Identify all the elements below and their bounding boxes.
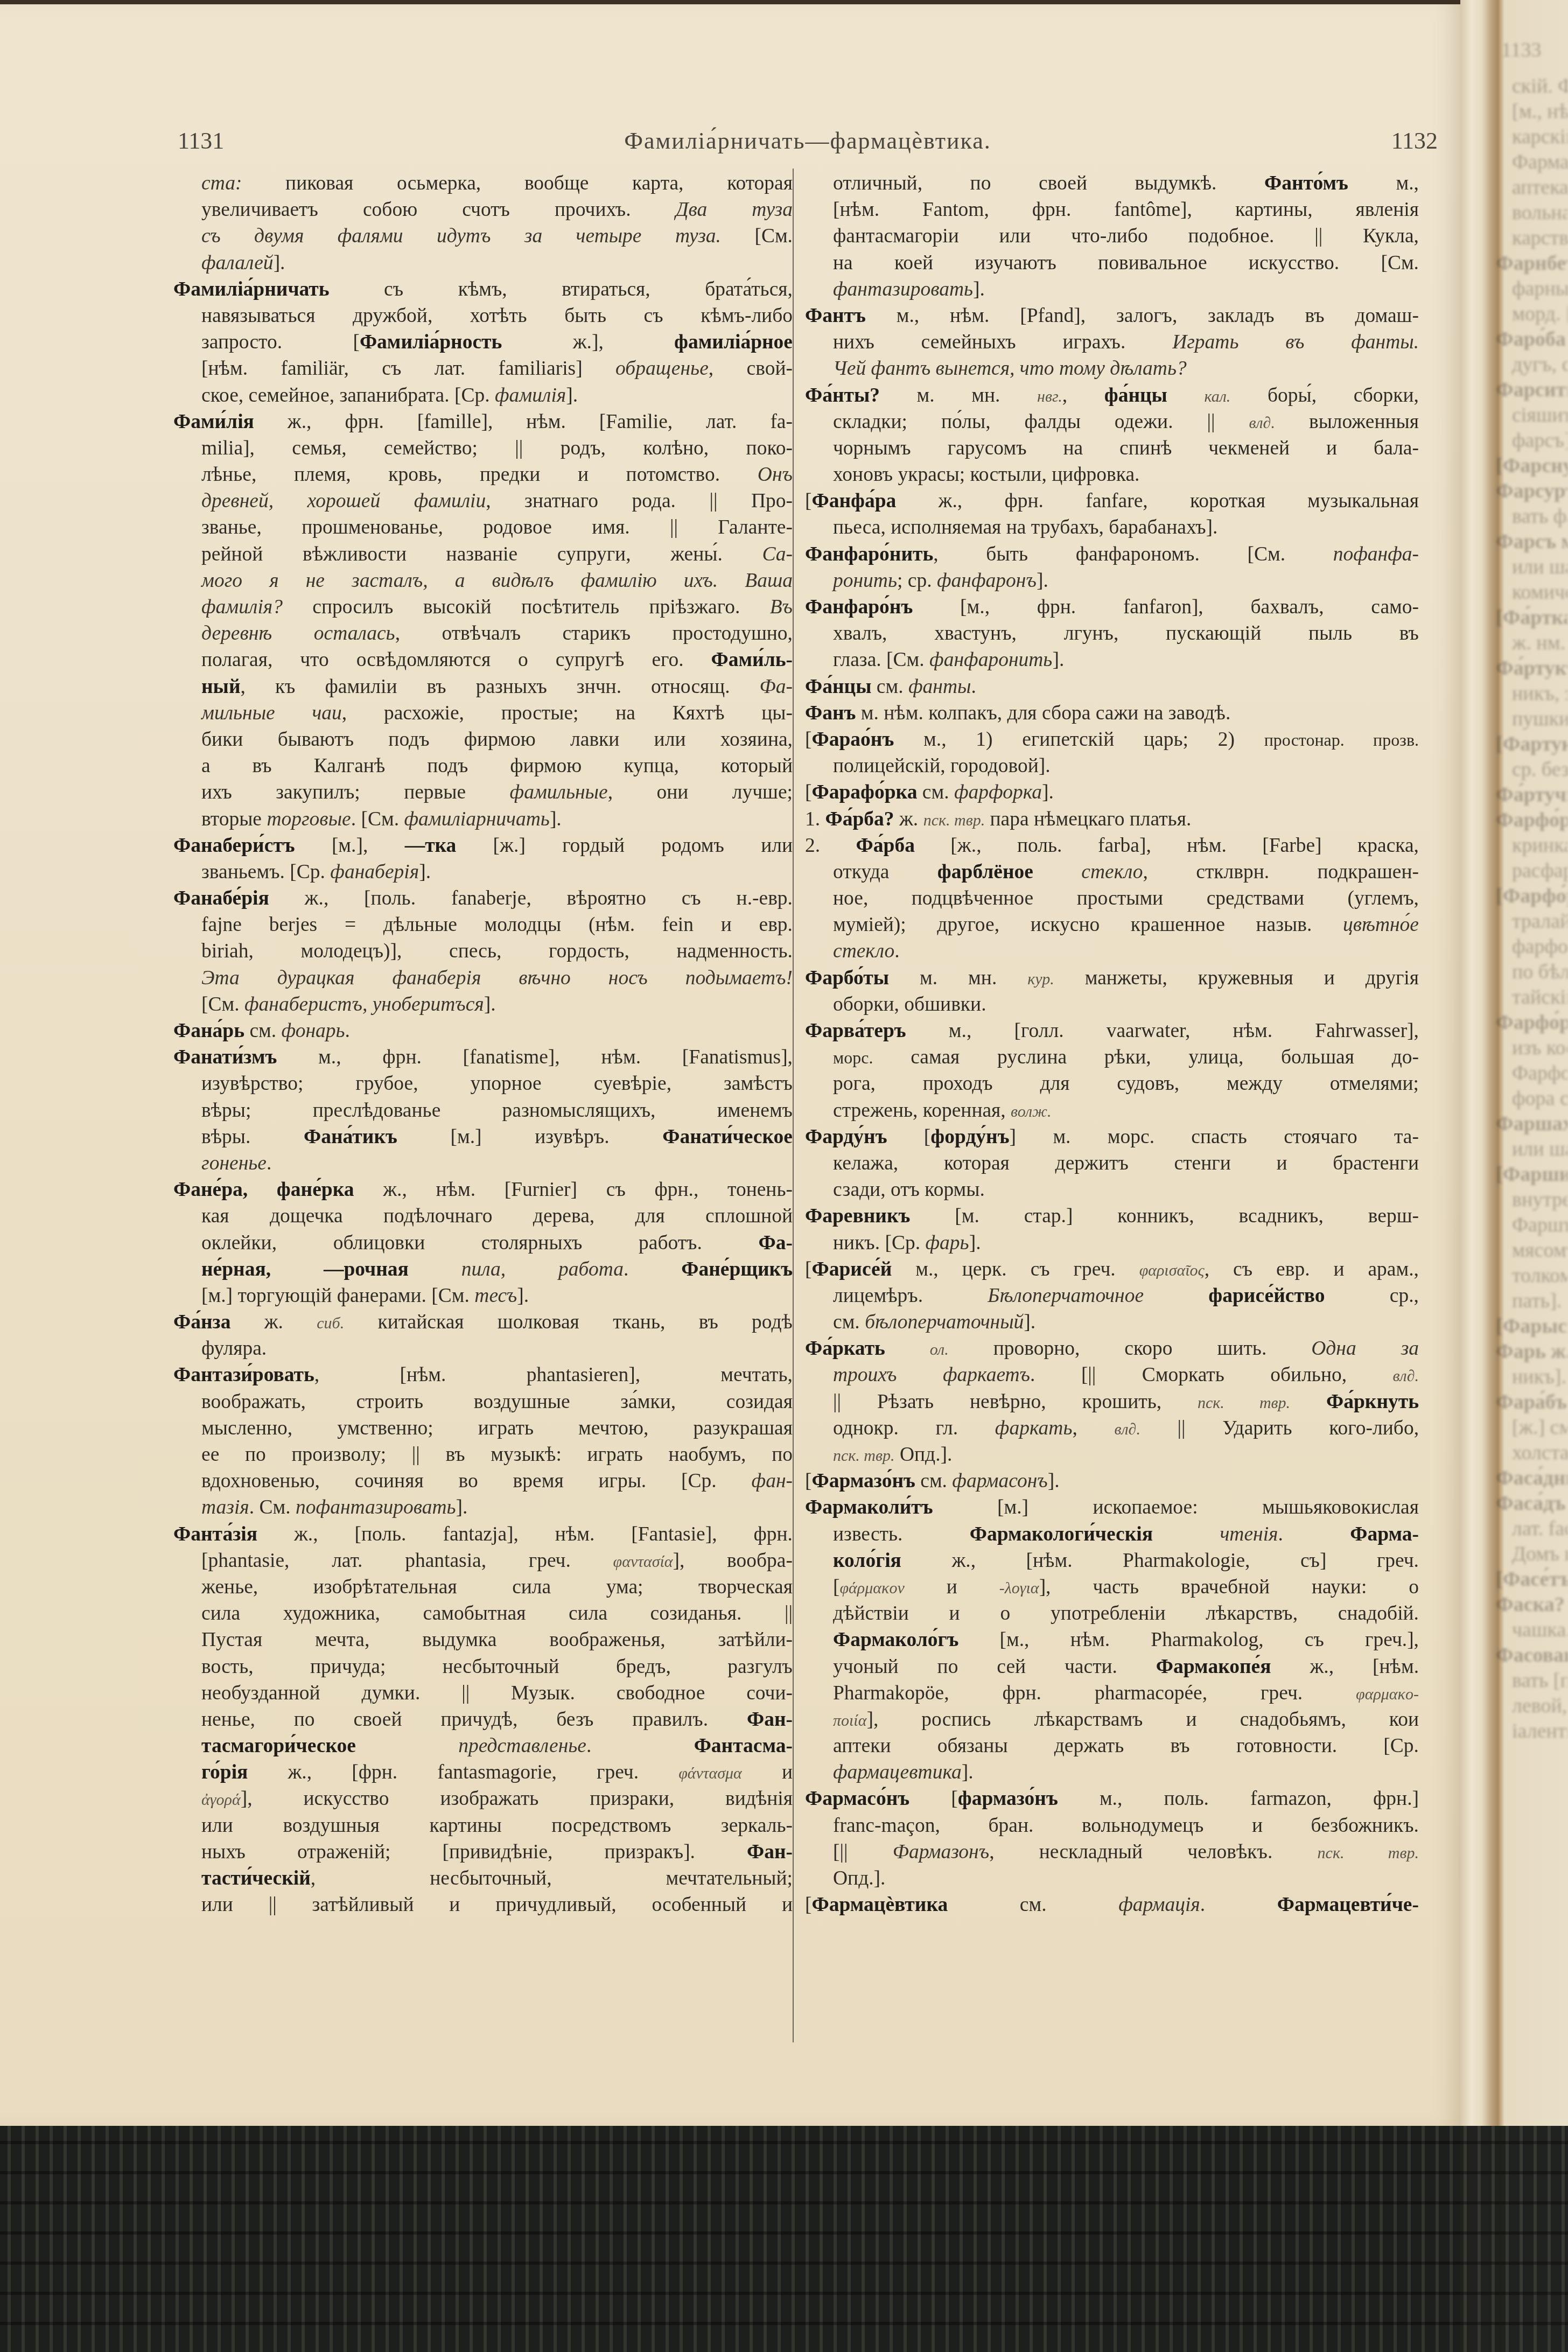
text: ; ср. [897, 570, 937, 592]
text: [ж.] гордый родомъ или [456, 835, 793, 857]
headword: Фарду́нъ [805, 1126, 887, 1148]
entry-continuation-line: ныхъ отраженій; [привидѣніе, призракъ]. … [173, 1839, 793, 1865]
text: ], искусство изображать призраки, видѣні… [241, 1788, 793, 1810]
text: Пустая мечта, выдумка воображенья, затѣй… [201, 1629, 793, 1651]
abbreviation: ἀγορά [201, 1791, 241, 1809]
next-page-line: Домъ или ф [1496, 1542, 1568, 1567]
text: дѣйствіи и о употребленіи лѣкарствъ, сна… [833, 1602, 1419, 1625]
headword: Фа́нза [173, 1311, 230, 1333]
text: а въ Калганѣ подъ фирмою купца, который [201, 755, 793, 777]
text: званье, прошменованье, родовое имя. || Г… [201, 516, 793, 538]
entry-continuation-line: biriah, молодецъ)], спесь, гордость, над… [173, 938, 793, 964]
text: . [586, 1735, 694, 1757]
text: ]. [1042, 781, 1054, 803]
text: м., церк. съ греч. [892, 1258, 1139, 1280]
headword: Фантъ [805, 305, 866, 327]
text: оборки, обшивки. [833, 993, 986, 1016]
next-page-line: вать фарс [1496, 504, 1568, 529]
next-page-line: Фармаціи [1496, 150, 1568, 175]
entry-continuation-line: женье, изобрѣтательная сила ума; творчес… [173, 1574, 793, 1600]
entry-continuation-line: полагая, что освѣдомляются о супругѣ его… [173, 647, 793, 673]
text: см. [915, 1470, 953, 1492]
text: . [894, 940, 899, 962]
next-page-line: ж. нм. [1496, 631, 1568, 656]
italic-text: мого я не засталъ, а видѣлъ фамилію ихъ.… [201, 570, 793, 592]
entry-continuation-line: фантазировать]. [805, 276, 1419, 303]
entry-headword-line: Фанабе́рія ж., [поль. fanaberje, вѣроятн… [173, 885, 793, 912]
text: см. [871, 676, 908, 698]
text: , стклврн. подкрашен- [1143, 861, 1419, 883]
next-page-line: скій. Фарм [1496, 74, 1568, 99]
next-page-line: или шалос [1496, 555, 1568, 580]
entry-headword-line: Фанфаро́нить, быть фанфарономъ. [См. поф… [805, 541, 1419, 568]
text: выложенныя [1275, 411, 1419, 433]
entry-continuation-line: не́рная, —рочная пила, работа. Фане́рщик… [173, 1256, 793, 1283]
headword: Фа́ркнуть [1326, 1391, 1419, 1413]
next-page-line: чашка. [1496, 1618, 1568, 1643]
entry-headword-line: [Фарао́нъ м., 1) египетскій царь; 2) про… [805, 726, 1419, 753]
headword: Фантасма- [694, 1735, 793, 1757]
italic-text: фалалей [201, 252, 274, 274]
text: ]. [550, 808, 562, 830]
italic-text: пофанфа- [1333, 543, 1419, 565]
entry-continuation-line: ἀγορά], искусство изображать призраки, в… [173, 1786, 793, 1812]
headword: Фа́рба [856, 835, 915, 857]
entry-continuation-line: [м.] торгующій фанерами. [См. тесъ]. [173, 1283, 793, 1309]
next-page-line: [Фарыскать, [1496, 1314, 1568, 1339]
headword: Фан- [747, 1841, 793, 1863]
text: , [1062, 384, 1104, 407]
next-page-line: толкомъ съ [1496, 1263, 1568, 1289]
text: [ [887, 1126, 931, 1148]
headword: Фамиліа́рность [360, 331, 502, 353]
text: [ [805, 1258, 812, 1280]
text: [ж., поль. farba], нѣм. [Farbe] краска, [915, 835, 1419, 857]
text: увеличиваетъ собою счотъ прочихъ. [201, 199, 676, 221]
entry-continuation-line: вторые торговые. [См. фамиліарничать]. [173, 806, 793, 832]
entry-continuation-line: запросто. [Фамиліа́рность ж.], фамиліа́р… [173, 329, 793, 355]
italic-text: фамилія? [201, 596, 283, 618]
next-page-line: Фарфо́рка ж. [1496, 808, 1568, 833]
text: сила художника, самобытная сила созидань… [201, 1602, 793, 1625]
headword: Фармацевти́че- [1277, 1894, 1419, 1916]
column-divider [793, 169, 794, 2042]
entry-continuation-line: увеличиваетъ собою счотъ прочихъ. Два ту… [173, 197, 793, 223]
headword: Фа́нцы [805, 676, 871, 698]
text: ее по произволу; || въ музыкѣ: играть на… [201, 1444, 793, 1466]
abbreviation: вл∂. [1249, 414, 1275, 432]
entry-continuation-line: стрежень, коренная, волж. [805, 1097, 1419, 1124]
entry-continuation-line: никъ. [Ср. фарь]. [805, 1230, 1419, 1256]
abbreviation: кур. [1027, 970, 1054, 988]
entry-continuation-line: [phantasie, лат. phantasia, греч. φαντασ… [173, 1548, 793, 1574]
italic-text: тазія [201, 1496, 249, 1518]
entry-headword-line: Фарва́теръ м., [голл. vaarwater, нѣм. Fa… [805, 1018, 1419, 1044]
text: муміей); другое, искусно крашенное назыв… [833, 914, 1343, 936]
text: , расхожіе, простые; на Кяхтѣ цы- [342, 702, 793, 724]
text: стрежень, коренная, [833, 1100, 1011, 1122]
text: складки; по́лы, фалды одежи. || [833, 411, 1249, 433]
entry-continuation-line: известь. Фармакологи́ческія чтенія. Фарм… [805, 1521, 1419, 1548]
text: самая руслина рѣки, улица, большая до- [873, 1046, 1419, 1068]
abbreviation: кал. [1204, 388, 1230, 405]
entry-continuation-line: рога, проходъ для судовъ, между отмелями… [805, 1070, 1419, 1097]
text: [ [833, 1576, 840, 1598]
headword: Фанфа́ра [812, 490, 897, 512]
abbreviation: φαντασία [613, 1553, 673, 1571]
text: вдохновенью, сочиняя во время игры. [Ср. [201, 1470, 752, 1492]
entry-continuation-line: морс. самая руслина рѣки, улица, большая… [805, 1044, 1419, 1070]
next-page-line: фарныча [1496, 276, 1568, 302]
entry-headword-line: 1. Фа́рба? ж. пск. твр. пара нѣмецкаго п… [805, 806, 1419, 832]
entry-continuation-line: вѣры. Фана́тикъ [м.] изувѣръ. Фанати́чес… [173, 1124, 793, 1150]
entry-continuation-line: вдохновенью, сочиняя во время игры. [Ср.… [173, 1468, 793, 1494]
italic-text: Фа- [760, 676, 793, 698]
text: [ [805, 1470, 812, 1492]
entry-continuation-line: дѣйствіи и о употребленіи лѣкарствъ, сна… [805, 1600, 1419, 1627]
next-page-line: никъ]. [1496, 1364, 1568, 1390]
abbreviation: φάρμακον [840, 1579, 905, 1597]
text: и [905, 1576, 999, 1598]
entry-headword-line: Фа́нты? м. мн. нвг., фа́нцы кал. боры́, … [805, 382, 1419, 409]
text: Pharmakopöe, фрн. pharmacopée, греч. [833, 1682, 1356, 1704]
next-page-line: пушки. [1496, 706, 1568, 732]
next-page-line: Фаса́дъ [м.] [1496, 1491, 1568, 1516]
text: [См. [721, 225, 793, 247]
entry-headword-line: Фамиліа́рничать съ кѣмъ, втираться, брат… [173, 276, 793, 303]
italic-text: фанфаронъ [937, 570, 1037, 592]
next-page-line: Фарсуръ ж. [1496, 479, 1568, 504]
next-page-line: Фа́ртукъ м. [1496, 656, 1568, 681]
headword: Фане́рщикъ [681, 1258, 793, 1280]
entry-headword-line: Фармаколи́тъ [м.] ископаемое: мышьяковок… [805, 1494, 1419, 1521]
next-page-line: [м., нѣм. Ph [1496, 99, 1568, 124]
italic-text: фантазировать [833, 278, 973, 300]
text: ихъ закупилъ; первые [201, 781, 510, 803]
text: келажа, которая держитъ стенги и брастен… [833, 1152, 1419, 1174]
headword: тасмагори́ческое [201, 1735, 356, 1757]
entry-continuation-line: лѣнье, племя, кровь, предки и потомство.… [173, 461, 793, 488]
text: . [345, 1020, 350, 1042]
text: fajne berjes = дѣльные молодцы (нѣм. fei… [201, 914, 793, 936]
entry-continuation-line: Pharmakopöe, фрн. pharmacopée, греч. φαρ… [805, 1680, 1419, 1706]
entry-continuation-line: навязываться дружбой, хотѣть быть съ кѣм… [173, 303, 793, 329]
headword: Фарисе́й [812, 1258, 892, 1280]
entry-continuation-line: деревнѣ осталась, отвѣчалъ старикъ прост… [173, 620, 793, 647]
entry-headword-line: Фарбо́ты м. мн. кур. манжеты, кружевныя … [805, 965, 1419, 991]
italic-text: пила, работа [461, 1258, 624, 1280]
next-page-line: Фара́бъ? ж. [1496, 1390, 1568, 1415]
entry-headword-line: Фантази́ровать, [нѣм. phantasieren], меч… [173, 1362, 793, 1388]
entry-continuation-line: мого я не засталъ, а видѣлъ фамилію ихъ.… [173, 568, 793, 594]
entry-continuation-line: fajne berjes = дѣльные молодцы (нѣм. fei… [173, 912, 793, 938]
next-page-line: карства. [1496, 226, 1568, 251]
text: ]. [1024, 1311, 1035, 1333]
next-page-line: по бѣлиз [1496, 960, 1568, 985]
text: вѣры; преслѣдованье разномыслящихъ, имен… [201, 1100, 793, 1122]
text: ]. [566, 384, 578, 407]
text: [ [805, 490, 812, 512]
headword: Фами́лія [173, 411, 254, 433]
text: изувѣрство; грубое, упорное суевѣріе, за… [201, 1073, 793, 1095]
text [1167, 384, 1205, 407]
text: [м., фрн. fanfaron], бахвалъ, само- [913, 596, 1419, 618]
headword: Фанъ [805, 702, 856, 724]
italic-text: Два туза [676, 199, 793, 221]
entry-continuation-line: Фармаколо́гъ [м., нѣм. Pharmakolog, съ г… [805, 1627, 1419, 1653]
next-page-line: тралайки [1496, 909, 1568, 934]
entry-continuation-line: полицейскій, городовой]. [805, 753, 1419, 779]
entry-continuation-line: изувѣрство; грубое, упорное суевѣріе, за… [173, 1070, 793, 1097]
entry-headword-line: [Фармацѐвтика см. фармація. Фармацевти́ч… [805, 1892, 1419, 1918]
text: нихъ семейныхъ играхъ. [833, 331, 1172, 353]
next-page-line: Фарнбеъ ж. [1496, 251, 1568, 276]
text: или || затѣйливый и причудливый, особенн… [201, 1894, 793, 1916]
italic-text: Одна за [1311, 1338, 1419, 1360]
entry-continuation-line: оборки, обшивки. [805, 991, 1419, 1018]
text: навязываться дружбой, хотѣть быть съ кѣм… [201, 305, 793, 327]
text: пиковая осьмерка, вообще карта, которая [242, 172, 793, 194]
entry-continuation-line: ста: пиковая осьмерка, вообще карта, кот… [173, 170, 793, 197]
abbreviation: ол. [930, 1341, 949, 1359]
next-page-line: [ж.] смл. [1496, 1415, 1568, 1440]
entry-continuation-line: вѣры; преслѣдованье разномыслящихъ, имен… [173, 1097, 793, 1124]
text [356, 1735, 458, 1757]
italic-text: представленье [458, 1735, 586, 1757]
text: [ [805, 781, 812, 803]
next-page-line: Фарсить [1496, 377, 1568, 403]
text: . [|| Сморкать обильно, [1030, 1364, 1392, 1386]
entry-continuation-line: чорнымъ гарусомъ на спинѣ чекменей и бал… [805, 435, 1419, 461]
entry-headword-line: [Фарисе́й м., церк. съ греч. φαρισαῖος, … [805, 1256, 1419, 1283]
abbreviation: φαρμακο- [1356, 1685, 1419, 1703]
headword: Фармакологи́ческія [970, 1523, 1153, 1545]
entry-continuation-line: ее по произволу; || въ музыкѣ: играть на… [173, 1441, 793, 1468]
text: хоновъ украсы; костыли, цифровка. [833, 464, 1140, 486]
entry-headword-line: Фанъ м. нѣм. колпакъ, для сбора сажи на … [805, 700, 1419, 726]
text [1153, 1523, 1220, 1545]
entry-continuation-line: однокр. гл. фаркать, вл∂. || Ударить ког… [805, 1415, 1419, 1441]
italic-text: фан- [752, 1470, 793, 1492]
entry-continuation-line: milia], семья, семейство; || родъ, колѣн… [173, 435, 793, 461]
next-page-line: расфарфо [1496, 858, 1568, 884]
italic-text: ронить [833, 570, 897, 592]
text: см. [948, 1894, 1118, 1916]
headword: Фа́нты? [805, 384, 880, 407]
text: ж. [230, 1311, 317, 1333]
italic-text: ста: [201, 172, 242, 194]
entry-continuation-line: [См. фанаберистъ, уноберитъся]. [173, 991, 793, 1018]
text: ]. [484, 993, 496, 1016]
abbreviation: пск. твр. [1318, 1844, 1419, 1862]
text: , [1072, 1417, 1114, 1439]
text [409, 1258, 461, 1280]
text: [ [805, 1894, 812, 1916]
text: [ [909, 1788, 958, 1810]
text: , свой- [709, 358, 793, 380]
running-head: 1131 Фамиліа́рничать—фармацѐвтика. 1132 [178, 127, 1438, 159]
text: ныхъ отраженій; [привидѣніе, призракъ]. [201, 1841, 747, 1863]
italic-text: бѣлоперчаточный [865, 1311, 1024, 1333]
text: манжеты, кружевныя и другія [1054, 967, 1419, 989]
abbreviation: φαρισαῖος [1139, 1262, 1205, 1279]
text: см. [917, 781, 954, 803]
entry-headword-line: Фа́ркать ол. проворно, скоро шить. Одна … [805, 1335, 1419, 1362]
entry-continuation-line: муміей); другое, искусно крашенное назыв… [805, 912, 1419, 938]
entry-continuation-line: тасмагори́ческое представленье. Фантасма… [173, 1733, 793, 1759]
text: фантасмагоріи или что-либо подобное. || … [833, 225, 1419, 247]
entry-continuation-line: ποιία], роспись лѣкарствамъ и снадобьямъ… [805, 1706, 1419, 1733]
entry-headword-line: [Фанфа́ра ж., фрн. fanfare, короткая муз… [805, 488, 1419, 514]
entry-headword-line: Фами́лія ж., фрн. [famille], нѣм. [Famil… [173, 409, 793, 435]
text: оклейки, облицовки столярныхъ работъ. [201, 1232, 759, 1254]
text: никъ. [Ср. [833, 1232, 926, 1254]
italic-text: фамиліарничать [404, 808, 549, 830]
text: ж.], [502, 331, 674, 353]
text: || Рѣзать невѣрно, крошить, [833, 1391, 1198, 1413]
entry-continuation-line: нихъ семейныхъ играхъ. Играть въ фанты. [805, 329, 1419, 355]
entry-continuation-line: лицемѣръ. Бѣлоперчаточное фарисе́йство с… [805, 1283, 1419, 1309]
next-page-line: фора сапо [1496, 1086, 1568, 1111]
text [885, 1338, 930, 1360]
headword: Фанати́ческое [662, 1126, 793, 1148]
text: лицемѣръ. [833, 1285, 988, 1307]
headword: Фанта́зія [173, 1523, 257, 1545]
text: отличный, по своей выдумкѣ. [833, 172, 1264, 194]
headword: Фармасо́нъ [805, 1788, 909, 1810]
italic-text: гоненье [201, 1152, 267, 1174]
entry-continuation-line: или воздушныя картины посредствомъ зерка… [173, 1812, 793, 1839]
text: [м. стар.] конникъ, всадникъ, верш- [910, 1205, 1419, 1227]
text: м., нѣм. [Pfand], залогъ, закладъ въ дом… [866, 305, 1419, 327]
italic-text: Играть въ фанты. [1172, 331, 1419, 353]
entry-continuation-line: тазія. См. пофантазировать]. [173, 1494, 793, 1521]
entry-headword-line: Фанати́змъ м., фрн. [fanatisme], нѣм. [F… [173, 1044, 793, 1070]
italic-text: фармасонъ [952, 1470, 1047, 1492]
headword: Фанфаро́нъ [805, 596, 913, 618]
next-page-line: фарфорь [1496, 934, 1568, 960]
text: ж., [нѣм. Pharmakologie, съ] греч. [901, 1550, 1419, 1572]
headword: Фа- [759, 1232, 793, 1254]
text: м. мн. [889, 967, 1027, 989]
entry-continuation-line: аптеки обязаны держать въ готовности. [С… [805, 1733, 1419, 1759]
entry-continuation-line: Эта дурацкая фанаберія вѣчно носъ подыма… [173, 965, 793, 991]
headword: Фан- [747, 1709, 793, 1731]
text: съ кѣмъ, втираться, брата́ться, [330, 278, 793, 300]
entry-headword-line: Фа́нза ж. сиб. китайская шолковая ткань,… [173, 1309, 793, 1335]
next-page-line: аптекарь [1496, 175, 1568, 200]
abbreviation: -λογια [999, 1579, 1039, 1597]
next-page-line: лат. facies [1496, 1516, 1568, 1542]
next-page-line: Фарфорщик [1496, 1061, 1568, 1086]
next-page-line: [Фа́ртка ж. [1496, 605, 1568, 631]
italic-text: съ двумя фалями идутъ за четыре туза. [201, 225, 721, 247]
next-page-line: дугъ, сва [1496, 352, 1568, 377]
entry-continuation-line: || Рѣзать невѣрно, крошить, пск. твр. Фа… [805, 1389, 1419, 1415]
text: [м., нѣм. Pharmakolog, съ греч.], [958, 1629, 1419, 1651]
text: м. мн. [880, 384, 1037, 407]
text: и [742, 1761, 793, 1783]
entry-headword-line: Фанабери́стъ [м.], —тка [ж.] гордый родо… [173, 832, 793, 859]
entry-continuation-line: гоненье. [173, 1150, 793, 1177]
italic-text: фанты [908, 676, 971, 698]
text: воображать, строить воздушные за́мки, со… [201, 1391, 793, 1413]
next-page-line: Фарсъ м., [1496, 529, 1568, 555]
text: ]. [456, 1496, 468, 1518]
text: спросилъ высокій посѣтитель пріѣзжаго. [283, 596, 770, 618]
entry-continuation-line: Чей фантъ вынется, что тому дѣлать? [805, 355, 1419, 382]
italic-text: Онъ [758, 464, 793, 486]
next-page-line: [Фартуки м [1496, 732, 1568, 757]
entry-continuation-line: Опд.]. [805, 1865, 1419, 1892]
text: чорнымъ гарусомъ на спинѣ чекменей и бал… [833, 437, 1419, 459]
text: мысленно, умственно; играть мечтою, разу… [201, 1417, 793, 1439]
text: . [1200, 1894, 1277, 1916]
text: ненье, по своей причудѣ, безъ правилъ. [201, 1709, 747, 1731]
text: ], вообра- [673, 1550, 793, 1572]
next-page-line: Фаро́ба ж. [1496, 327, 1568, 352]
text: откуда [833, 861, 937, 883]
text: franc-maçon, бран. вольнодумецъ и безбож… [833, 1815, 1419, 1837]
dictionary-page: 1131 Фамиліа́рничать—фармацѐвтика. 1132 … [0, 4, 1460, 2126]
italic-text: фаркать [995, 1417, 1073, 1439]
entry-continuation-line: пск. твр. Опд.]. [805, 1441, 1419, 1468]
text: ]. [274, 252, 285, 274]
next-page-edge: 1133 скій. Фарм[м., нѣм. Phкарскій чФарм… [1496, 38, 1568, 2218]
entry-continuation-line: Пустая мечта, выдумка воображенья, затѣй… [173, 1627, 793, 1653]
text: вторые [201, 808, 267, 830]
text: необузданной думки. || Музык. свободное … [201, 1682, 793, 1704]
text: м., поль. farmazon, фрн.] [1058, 1788, 1419, 1810]
headword: Фарао́нъ [812, 729, 894, 751]
text: [м.] торгующій фанерами. [См. [201, 1285, 474, 1307]
italic-text: цвѣтно́е [1343, 914, 1419, 936]
headword: коло́гія [833, 1550, 901, 1572]
headword: фармазо́нъ [958, 1788, 1058, 1810]
text: см. [244, 1020, 282, 1042]
entry-continuation-line: ненье, по своей причудѣ, безъ правилъ. Ф… [173, 1706, 793, 1733]
text: вѣры. [201, 1126, 304, 1148]
headword: Фанати́змъ [173, 1046, 277, 1068]
entry-headword-line: Фана́рь см. фонарь. [173, 1018, 793, 1044]
italic-text: Бѣлоперчаточное [988, 1285, 1144, 1307]
text: ]. [962, 1761, 974, 1783]
headword: го́рія [201, 1761, 248, 1783]
text: . [624, 1258, 681, 1280]
entry-continuation-line: сила художника, самобытная сила созидань… [173, 1600, 793, 1627]
entry-continuation-line: необузданной думки. || Музык. свободное … [173, 1680, 793, 1706]
entry-continuation-line: древней, хорошей фамиліи, знатнаго рода.… [173, 488, 793, 514]
text: . [971, 676, 976, 698]
entry-continuation-line: рейной вѣжливости названіе супруги, жены… [173, 541, 793, 568]
headword: форду́нъ [930, 1126, 1009, 1148]
text: || Ударить кого-либо, [1140, 1417, 1419, 1439]
text: Опд.]. [895, 1444, 953, 1466]
entry-continuation-line: [|| Фармазонъ, нескладный человѣкъ. пск.… [805, 1839, 1419, 1865]
entry-headword-line: [Фарафо́рка см. фарфорка]. [805, 779, 1419, 806]
entry-continuation-line: бики бываютъ подъ фирмою лавки или хозяи… [173, 726, 793, 753]
entry-continuation-line: кая дощечка подѣлочнаго дерева, для спло… [173, 1203, 793, 1229]
text: ]. [1037, 570, 1048, 592]
text: китайская шолковая ткань, въ родѣ [344, 1311, 793, 1333]
text: ж., нѣм. [Furnier] съ фрн., тонень- [354, 1179, 793, 1201]
text: Опд.]. [833, 1867, 885, 1889]
text: женье, изобрѣтательная сила ума; творчес… [201, 1576, 793, 1598]
italic-text: фанаберія [330, 861, 419, 883]
text: однокр. гл. [833, 1417, 995, 1439]
next-page-line: фарсъ] [1496, 428, 1568, 453]
entry-continuation-line: фантасмагоріи или что-либо подобное. || … [805, 223, 1419, 249]
